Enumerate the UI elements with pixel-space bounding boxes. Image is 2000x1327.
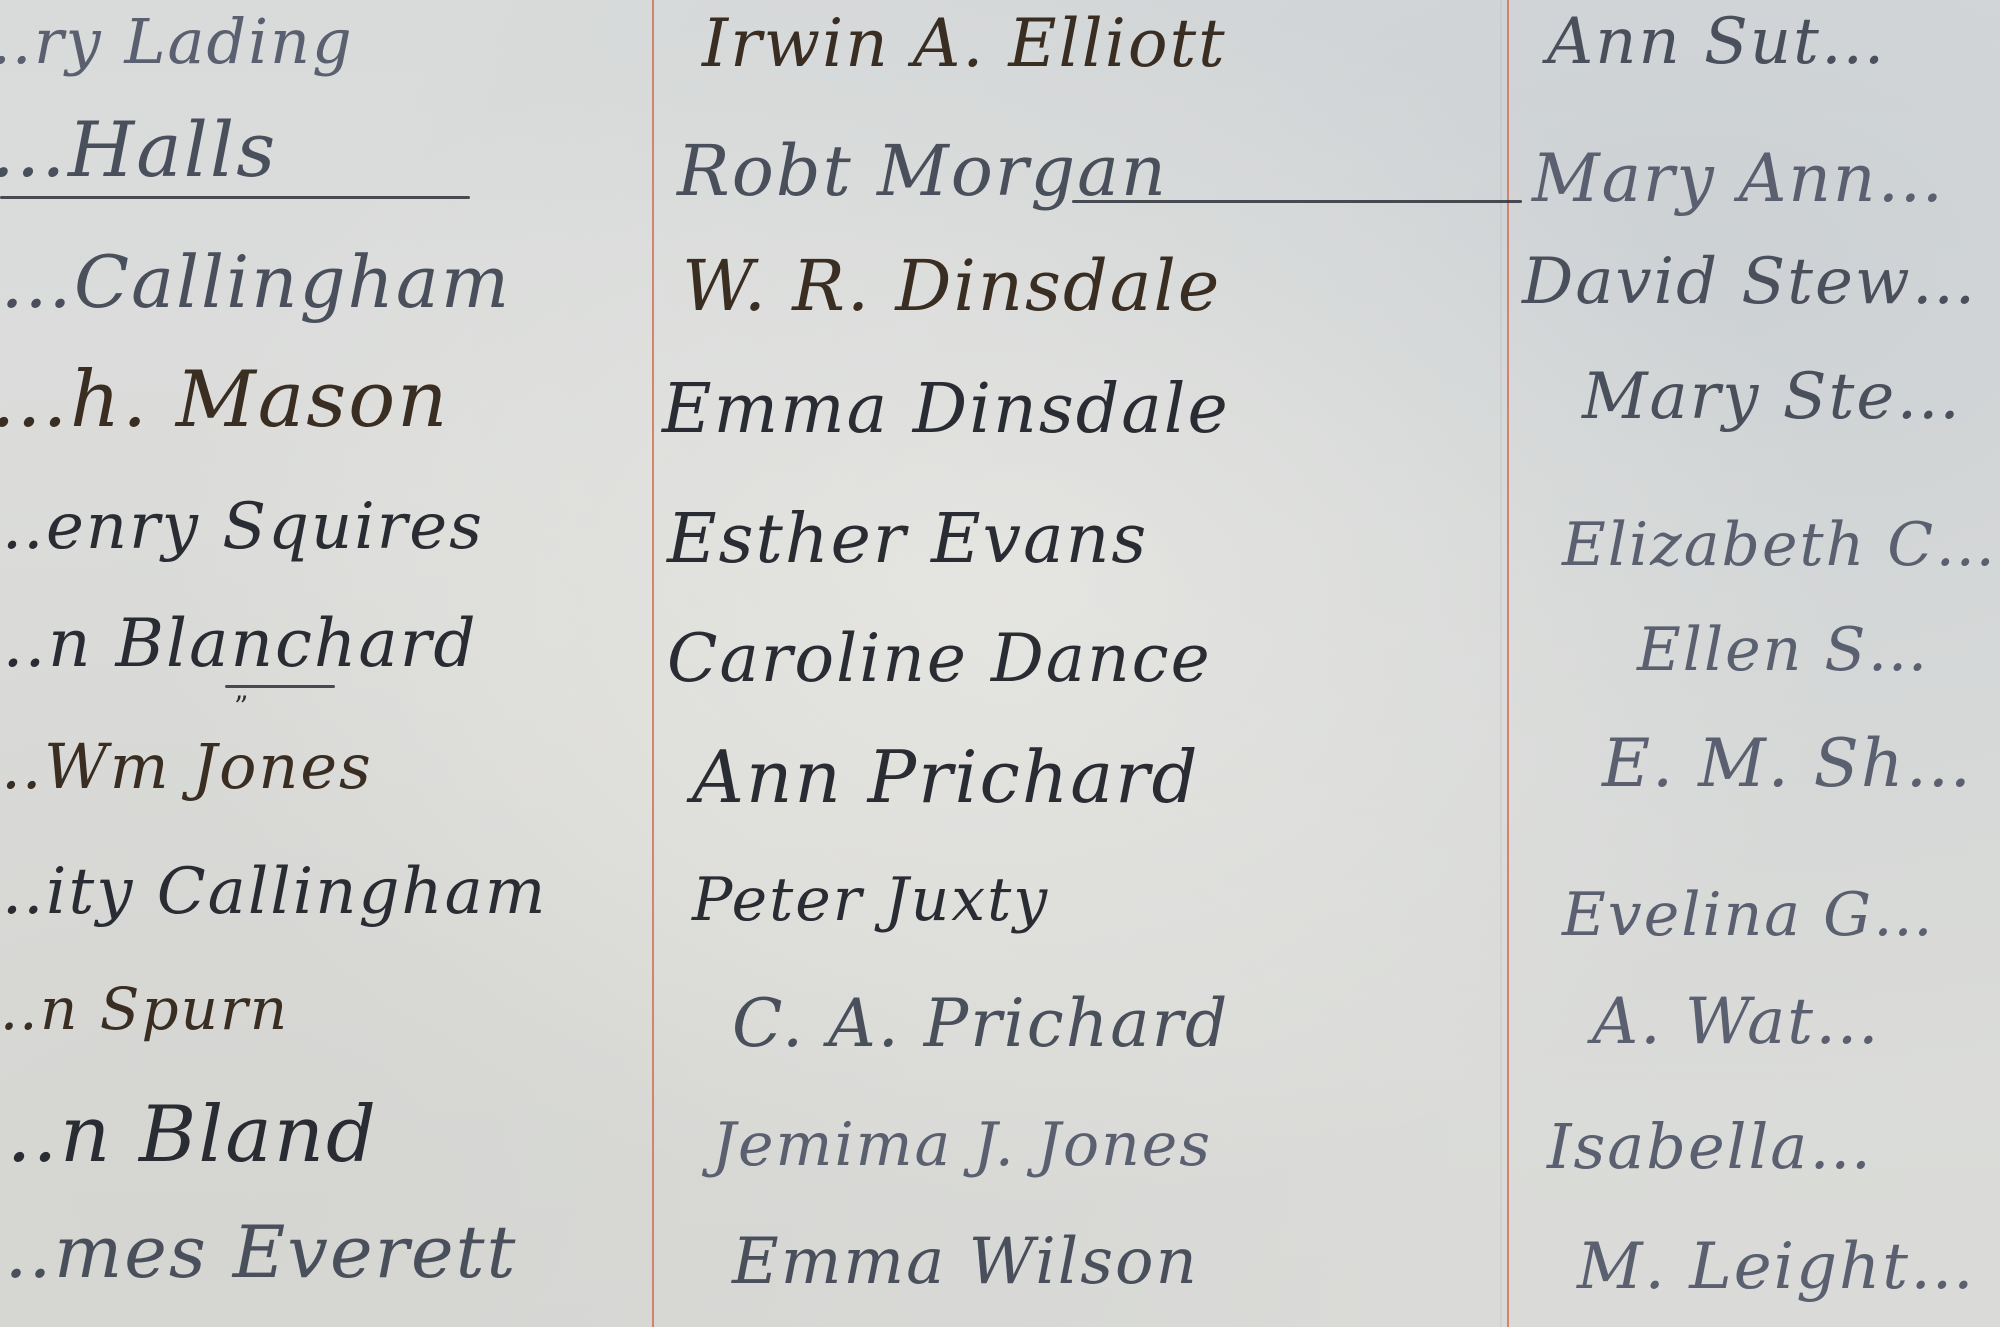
signature-entry: Esther Evans	[667, 500, 1148, 579]
column-right: Ann Sut… Mary Ann… David Stew… Mary Ste……	[1507, 0, 2000, 1327]
signature-entry: …h. Mason	[0, 355, 449, 445]
ditto-mark: ”	[234, 690, 248, 723]
signature-entry: …ity Callingham	[0, 855, 547, 929]
signature-entry: …mes Everett	[0, 1210, 517, 1294]
signature-entry: Ann Sut…	[1547, 5, 1887, 79]
heading-underline	[0, 196, 470, 199]
signature-entry: …Wm Jones	[0, 730, 373, 803]
signature-entry: …Callingham	[0, 240, 511, 324]
column-middle: Irwin A. Elliott Robt Morgan W. R. Dinsd…	[652, 0, 1507, 1327]
signature-entry: …n Blanchard	[0, 605, 478, 682]
signature-entry: David Stew…	[1522, 245, 1978, 319]
signature-entry: C. A. Prichard	[732, 985, 1229, 1062]
signature-entry: …n Spurn	[0, 975, 289, 1043]
signature-entry: W. R. Dinsdale	[682, 245, 1221, 327]
signature-entry: Jemima J. Jones	[712, 1110, 1212, 1180]
signature-entry: Irwin A. Elliott	[702, 5, 1227, 82]
signature-entry: Elizabeth C…	[1562, 510, 1997, 580]
signature-entry: Mary Ste…	[1582, 360, 1962, 434]
signature-entry: Emma Dinsdale	[662, 370, 1230, 449]
column-left: …ry Lading …Halls …Callingham …h. Mason …	[0, 0, 652, 1327]
signature-entry: …enry Squires	[0, 490, 484, 564]
signature-entry: …ry Lading	[0, 5, 354, 78]
signature-entry: …n Bland	[0, 1090, 378, 1180]
signature-entry: Evelina G…	[1562, 880, 1935, 950]
signature-entry: Emma Wilson	[732, 1225, 1199, 1299]
signature-entry: E. M. Sh…	[1602, 725, 1973, 802]
signature-entry: Mary Ann…	[1532, 140, 1945, 217]
signature-entry: Isabella…	[1547, 1110, 1873, 1183]
heading-entry: …Halls	[0, 105, 277, 194]
signature-entry: Peter Juxty	[692, 865, 1049, 935]
signature-underline	[225, 685, 335, 688]
signature-entry: M. Leight…	[1577, 1230, 1976, 1304]
signature-entry: Ellen S…	[1637, 615, 1930, 685]
register-page: …ry Lading …Halls …Callingham …h. Mason …	[0, 0, 2000, 1327]
signature-entry: Caroline Dance	[667, 620, 1212, 697]
signature-entry: Ann Prichard	[692, 735, 1200, 819]
signature-flourish	[1072, 200, 1522, 203]
signature-entry: A. Wat…	[1592, 985, 1881, 1059]
